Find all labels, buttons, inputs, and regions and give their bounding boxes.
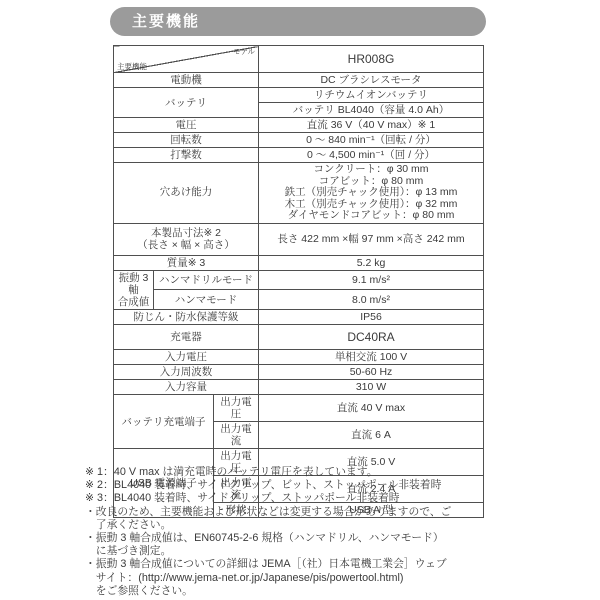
main-spec-table: モデル 主要機能 HR008G 電動機 DC ブラシレスモータ バッテリ リチウ… <box>113 45 484 325</box>
input-capacity-value: 310 W <box>259 380 484 395</box>
drilling-capacity-label: 穴あけ能力 <box>114 163 259 224</box>
drilling-capacity-value: コンクリート：φ 30 mm コアビット：φ 80 mm 鉄工（別売チャック使用… <box>259 163 484 224</box>
footnote-text: 改良のため、主要機能および形状などは変更する場合がありますので、ご 了承ください… <box>96 506 452 532</box>
table-row: 回転数 0 ～ 840 min⁻¹（回転 / 分） <box>114 133 484 148</box>
footnote-marker: ・ <box>85 532 96 558</box>
footnote-text: 振動 3 軸合成値は、EN60745-2-6 規格（ハンマドリル、ハンマモード）… <box>96 532 444 558</box>
input-frequency-label: 入力周波数 <box>114 365 259 380</box>
motor-label: 電動機 <box>114 73 259 88</box>
footnote-text: BL4040 装着時、サイドグリップ、ビット、ストッパポール非装着時 <box>114 479 442 492</box>
table-row: 入力電圧 単相交流 100 V <box>114 350 484 365</box>
weight-value: 5.2 kg <box>259 255 484 270</box>
vibration-drill-mode-value: 9.1 m/s² <box>259 270 484 290</box>
battery-type-value: リチウムイオンバッテリ <box>259 88 484 103</box>
footnote-text: 振動 3 軸合成値についての詳細は JEMA［（社）日本電機工業会］ウェブ サイ… <box>96 558 447 598</box>
vibration-label: 振動 3 軸 合成値 <box>114 270 154 309</box>
table-row: 入力周波数 50-60 Hz <box>114 365 484 380</box>
rotation-value: 0 ～ 840 min⁻¹（回転 / 分） <box>259 133 484 148</box>
table-row: バッテリ充電端子 出力電圧 直流 40 V max <box>114 395 484 422</box>
battery-out-voltage-value: 直流 40 V max <box>259 395 484 422</box>
section-title: 主要機能 <box>132 13 200 30</box>
corner-header-cell: モデル 主要機能 <box>114 46 259 73</box>
protection-rating-value: IP56 <box>259 309 484 324</box>
footnote-2: ※ 2： BL4040 装着時、サイドグリップ、ビット、ストッパポール非装着時 <box>85 479 521 492</box>
footnote-marker: ※ 1： <box>85 466 114 479</box>
table-row: 本製品寸法※ 2 （長さ × 幅 × 高さ） 長さ 422 mm ×幅 97 m… <box>114 223 484 255</box>
charger-model-value: DC40RA <box>259 325 484 350</box>
input-frequency-value: 50-60 Hz <box>259 365 484 380</box>
dimensions-label: 本製品寸法※ 2 （長さ × 幅 × 高さ） <box>114 223 259 255</box>
vibration-drill-mode-label: ハンマドリルモード <box>154 270 259 290</box>
table-row: 電動機 DC ブラシレスモータ <box>114 73 484 88</box>
input-voltage-value: 単相交流 100 V <box>259 350 484 365</box>
spec-sheet-page: 主要機能 モデル 主要機能 HR008G 電動機 DC ブラシレスモータ バッテ… <box>0 0 600 600</box>
table-row: 防じん・防水保護等級 IP56 <box>114 309 484 324</box>
battery-model-value: バッテリ BL4040（容量 4.0 Ah） <box>259 103 484 118</box>
footnote-text: BL4040 装着時、サイドグリップ、ストッパポール非装着時 <box>114 492 400 505</box>
footnote-4: ・ 改良のため、主要機能および形状などは変更する場合がありますので、ご 了承くだ… <box>85 506 521 532</box>
battery-out-current-label: 出力電流 <box>214 422 259 449</box>
impact-value: 0 ～ 4,500 min⁻¹（回 / 分） <box>259 148 484 163</box>
footnote-5: ・ 振動 3 軸合成値は、EN60745-2-6 規格（ハンマドリル、ハンマモー… <box>85 532 521 558</box>
table-row: 充電器 DC40RA <box>114 325 484 350</box>
vibration-hammer-mode-label: ハンマモード <box>154 290 259 310</box>
protection-rating-label: 防じん・防水保護等級 <box>114 309 259 324</box>
footnote-text: 40 V max は満充電時のバッテリ電圧を表しています。 <box>114 466 378 479</box>
footnote-marker: ・ <box>85 558 96 598</box>
table-row: 打撃数 0 ～ 4,500 min⁻¹（回 / 分） <box>114 148 484 163</box>
impact-label: 打撃数 <box>114 148 259 163</box>
table-row: 穴あけ能力 コンクリート：φ 30 mm コアビット：φ 80 mm 鉄工（別売… <box>114 163 484 224</box>
section-title-bar: 主要機能 <box>110 7 486 36</box>
footnote-1: ※ 1： 40 V max は満充電時のバッテリ電圧を表しています。 <box>85 466 521 479</box>
vibration-hammer-mode-value: 8.0 m/s² <box>259 290 484 310</box>
battery-label: バッテリ <box>114 88 259 118</box>
input-voltage-label: 入力電圧 <box>114 350 259 365</box>
table-row: バッテリ リチウムイオンバッテリ <box>114 88 484 103</box>
input-capacity-label: 入力容量 <box>114 380 259 395</box>
motor-value: DC ブラシレスモータ <box>259 73 484 88</box>
footnote-marker: ※ 3： <box>85 492 114 505</box>
model-value: HR008G <box>259 46 484 73</box>
table-row: 電圧 直流 36 V（40 V max）※ 1 <box>114 118 484 133</box>
corner-model-label: モデル <box>233 47 255 56</box>
table-row: 入力容量 310 W <box>114 380 484 395</box>
voltage-value: 直流 36 V（40 V max）※ 1 <box>259 118 484 133</box>
corner-features-label: 主要機能 <box>117 62 147 71</box>
charger-label: 充電器 <box>114 325 259 350</box>
table-row: 質量※ 3 5.2 kg <box>114 255 484 270</box>
table-row: ハンマモード 8.0 m/s² <box>114 290 484 310</box>
battery-terminal-label: バッテリ充電端子 <box>114 395 214 449</box>
footnotes: ※ 1： 40 V max は満充電時のバッテリ電圧を表しています。 ※ 2： … <box>85 466 521 598</box>
footnote-marker: ・ <box>85 506 96 532</box>
footnote-6: ・ 振動 3 軸合成値についての詳細は JEMA［（社）日本電機工業会］ウェブ … <box>85 558 521 598</box>
table-row: モデル 主要機能 HR008G <box>114 46 484 73</box>
table-row: 振動 3 軸 合成値 ハンマドリルモード 9.1 m/s² <box>114 270 484 290</box>
weight-label: 質量※ 3 <box>114 255 259 270</box>
battery-out-voltage-label: 出力電圧 <box>214 395 259 422</box>
voltage-label: 電圧 <box>114 118 259 133</box>
rotation-label: 回転数 <box>114 133 259 148</box>
footnote-marker: ※ 2： <box>85 479 114 492</box>
dimensions-value: 長さ 422 mm ×幅 97 mm ×高さ 242 mm <box>259 223 484 255</box>
battery-out-current-value: 直流 6 A <box>259 422 484 449</box>
footnote-3: ※ 3： BL4040 装着時、サイドグリップ、ストッパポール非装着時 <box>85 492 521 505</box>
